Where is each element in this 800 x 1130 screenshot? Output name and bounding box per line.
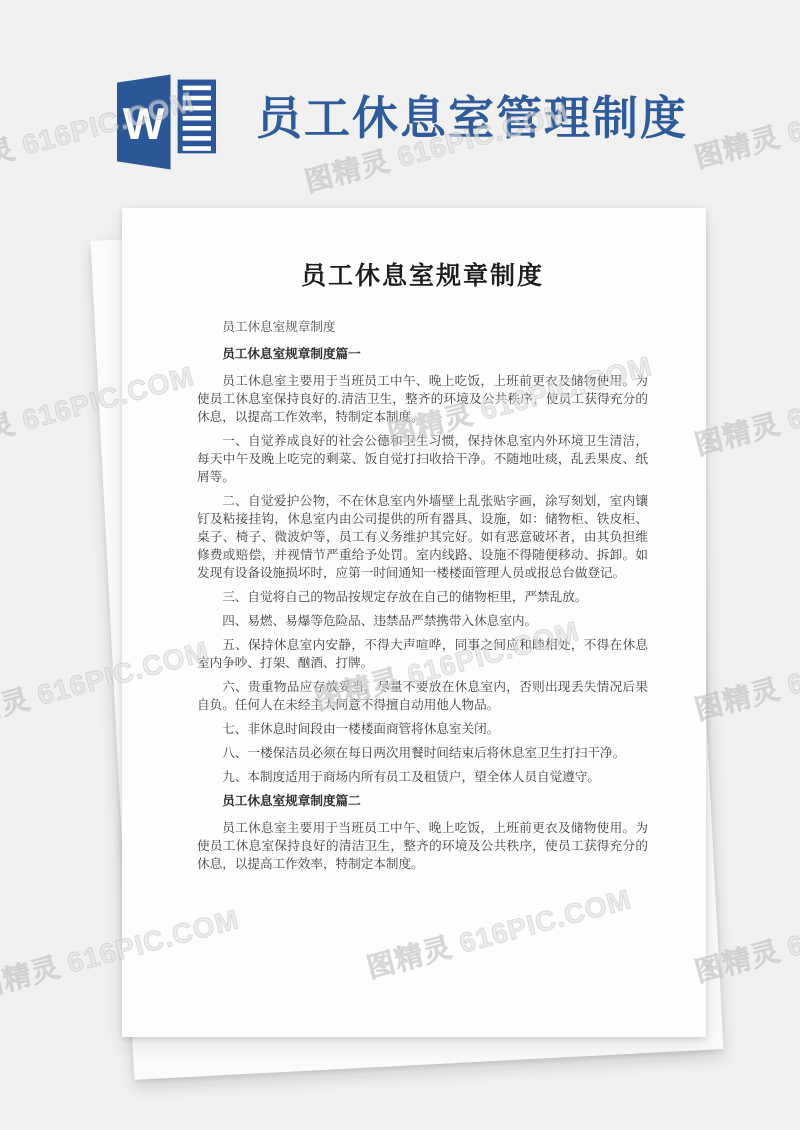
doc-paragraph: 四、易燃、易爆等危险品、违禁品严禁携带入休息室内。 bbox=[197, 612, 648, 630]
doc-paragraph: 九、本制度适用于商场内所有员工及租赁户，望全体人员自觉遵守。 bbox=[197, 768, 648, 786]
doc-paragraph: 六、贵重物品应存放妥当，尽量不要放在休息室内，否则出现丢失情况后果自负。任何人在… bbox=[197, 678, 648, 714]
watermark-text: 图精灵 616PIC.COM bbox=[690, 355, 800, 464]
document-content: 员工休息室规章制度 员工休息室规章制度员工休息室规章制度篇一员工休息室主要用于当… bbox=[197, 208, 648, 879]
header: W 员工休息室管理制度 bbox=[0, 0, 800, 190]
doc-paragraph: 一、自觉养成良好的社会公德和卫生习惯，保持休息室内外环境卫生清洁，每天中午及晚上… bbox=[197, 432, 648, 486]
doc-paragraph: 员工休息室主要用于当班员工中午、晚上吃饭，上班前更衣及储物使用。为使员工休息室保… bbox=[197, 819, 648, 873]
doc-paragraph: 三、自觉将自己的物品按规定存放在自己的储物柜里，严禁乱放。 bbox=[197, 588, 648, 606]
word-icon: W bbox=[117, 74, 216, 171]
doc-paragraph: 七、非休息时间段由一楼楼面商管将休息室关闭。 bbox=[197, 720, 648, 738]
doc-paragraph: 五、保持休息室内安静，不得大声喧哗，同事之间应和睦相处，不得在休息室内争吵、打架… bbox=[197, 636, 648, 672]
document-paragraphs: 员工休息室规章制度员工休息室规章制度篇一员工休息室主要用于当班员工中午、晚上吃饭… bbox=[197, 318, 648, 873]
document-title: 员工休息室规章制度 bbox=[197, 256, 648, 292]
doc-heading: 员工休息室规章制度篇一 bbox=[197, 345, 648, 363]
word-icon-letter: W bbox=[123, 100, 165, 149]
doc-paragraph: 八、一楼保洁员必须在每日两次用餐时间结束后将休息室卫生打扫干净。 bbox=[197, 744, 648, 762]
doc-heading: 员工休息室规章制度篇二 bbox=[197, 792, 648, 810]
doc-paragraph: 二、自觉爱护公物，不在休息室内外墙壁上乱张贴字画，涂写刻划，室内镶钉及粘接挂钩，… bbox=[197, 492, 648, 582]
watermark-text: 图精灵 616PIC.COM bbox=[690, 620, 800, 729]
document-page: 员工休息室规章制度 员工休息室规章制度员工休息室规章制度篇一员工休息室主要用于当… bbox=[122, 208, 706, 1037]
doc-subtitle: 员工休息室规章制度 bbox=[197, 318, 648, 336]
page-title: 员工休息室管理制度 bbox=[256, 82, 688, 148]
page-background: W 员工休息室管理制度 员工休息室规章制度 员工休息室规章制度员工休息室规章制度… bbox=[0, 0, 800, 1130]
doc-paragraph: 员工休息室主要用于当班员工中午、晚上吃饭，上班前更衣及储物使用。为使员工休息室保… bbox=[197, 372, 648, 426]
